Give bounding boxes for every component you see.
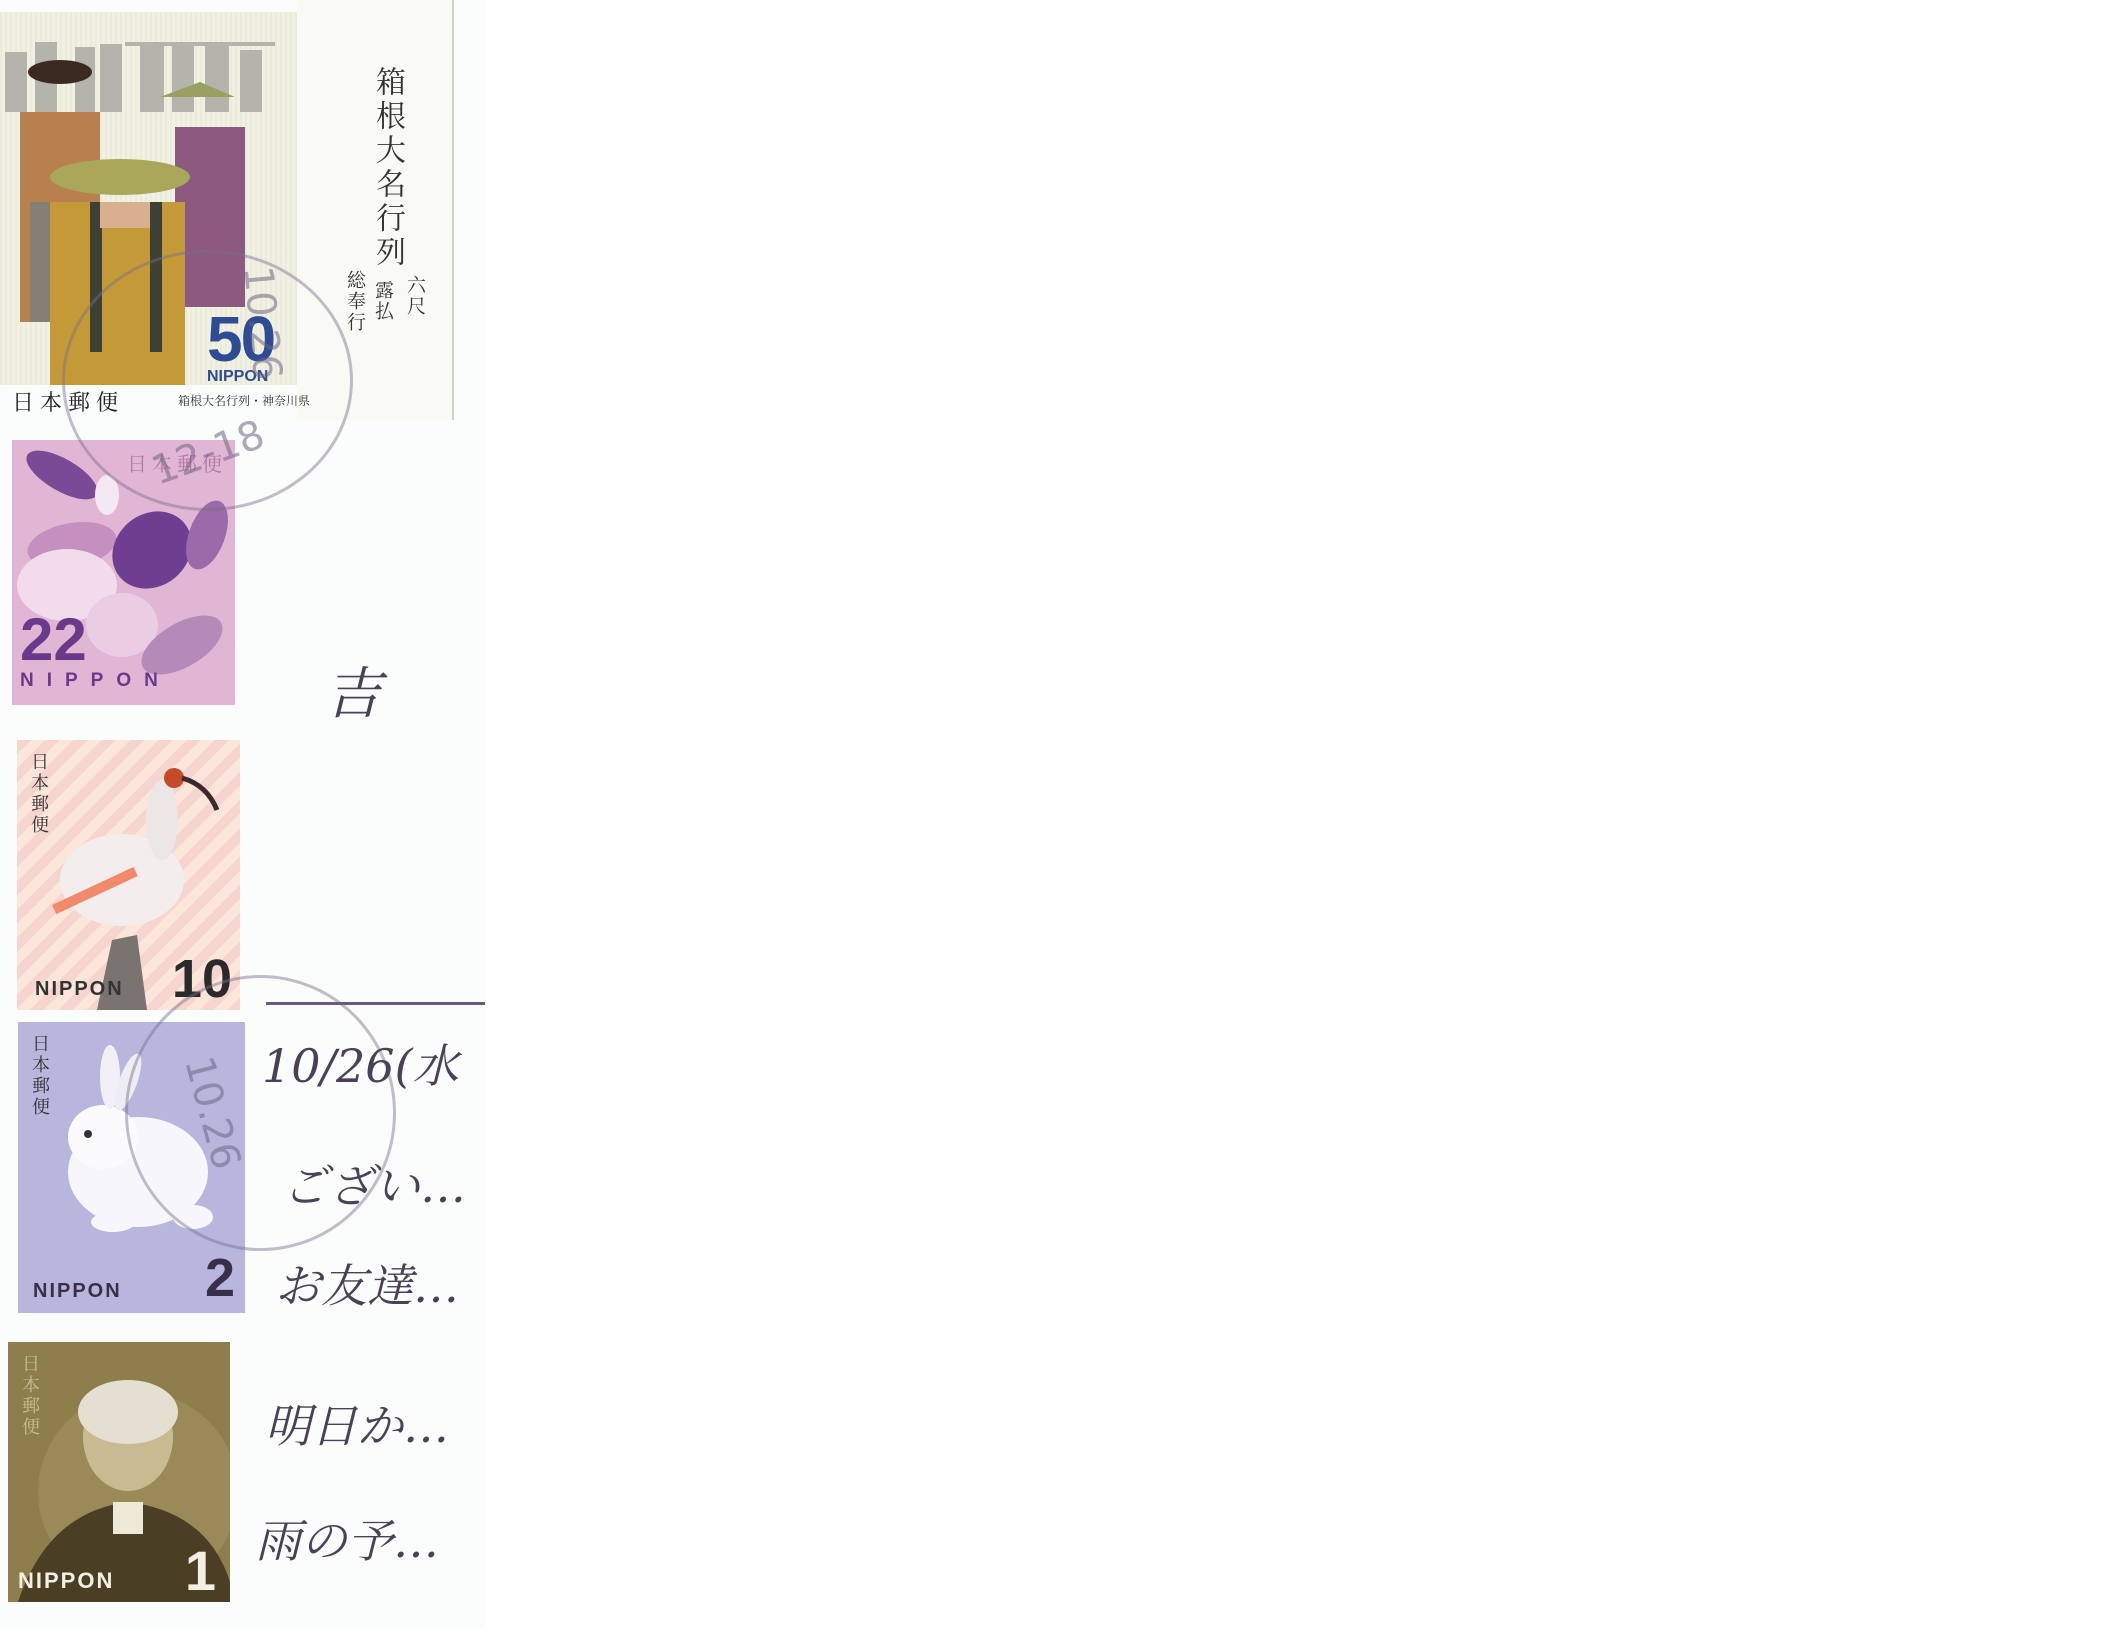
handwritten-line: お友達…: [275, 1250, 459, 1316]
handwritten-line: 明日か…: [265, 1390, 449, 1456]
handwritten-line: 10/26(水: [262, 1030, 459, 1096]
stamp-value: 1: [185, 1538, 216, 1602]
stamp-1-yen: 日本郵便 1 NIPPON: [8, 1342, 230, 1602]
handwritten-line: 雨の予…: [255, 1505, 439, 1571]
handwritten-line: ござい…: [282, 1150, 466, 1216]
stamp-country: NIPPON: [35, 978, 124, 1001]
selvage-label: 六尺: [402, 275, 429, 317]
postmark-date: 10.26: [234, 264, 290, 382]
selvage-title: 箱根大名行列: [365, 66, 409, 270]
stamp-country: NIPPON: [18, 1568, 114, 1594]
stamp-country: NIPPON: [33, 1280, 122, 1303]
handwritten-address: 吉: [325, 650, 381, 730]
divider-line: [266, 1002, 485, 1005]
postcard-scan: 50 NIPPON 箱根大名行列 六尺 露払 総奉行 日本郵便 箱根大名行列・神…: [0, 0, 485, 1628]
selvage-label: 総奉行: [342, 270, 369, 333]
stamp-value: 22: [20, 605, 87, 674]
stamp-value: 2: [205, 1247, 235, 1309]
stamp-country: NIPPON: [20, 670, 171, 692]
stamp-10-yen: 日本郵便 10 NIPPON: [17, 740, 240, 1010]
selvage-label: 露払: [370, 280, 397, 322]
